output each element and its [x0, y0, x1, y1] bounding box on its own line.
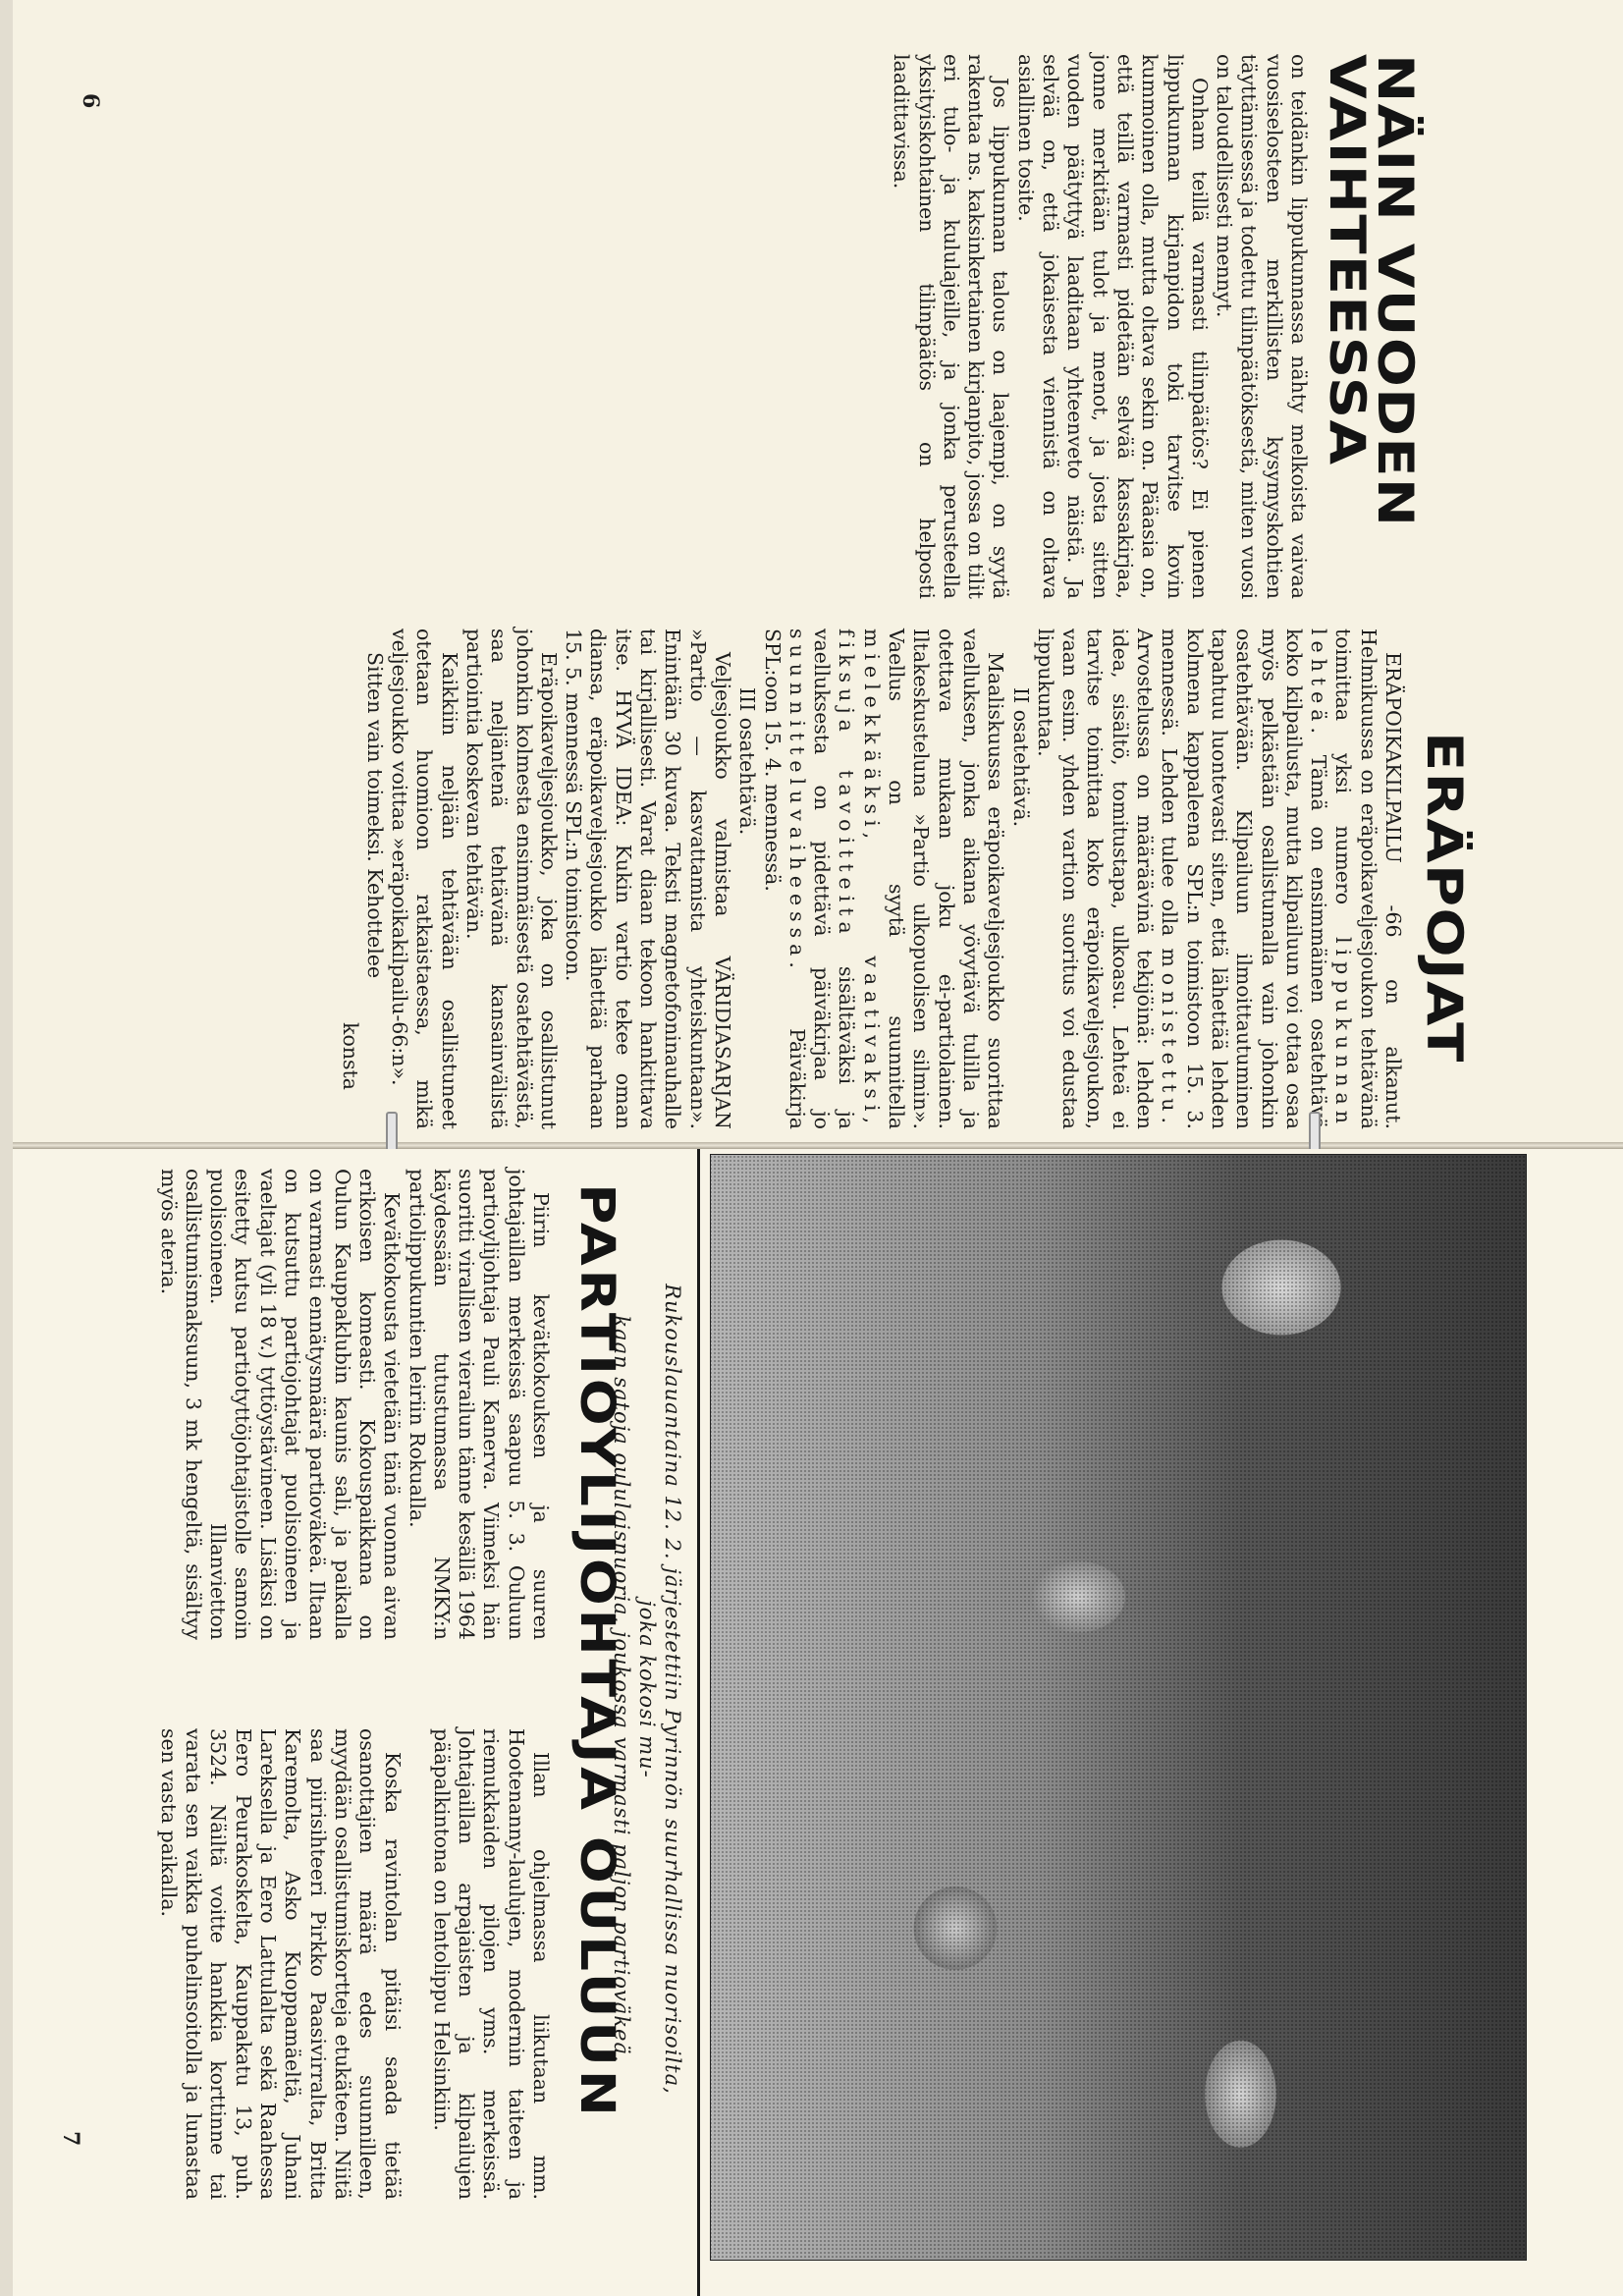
- paragraph: Onham teillä varmasti tilinpäätös? Ei pi…: [1012, 54, 1211, 599]
- subheading: III osatehtävä.: [734, 629, 759, 1129]
- spine: [13, 1142, 1623, 1149]
- magazine-spread: NÄIN VUODEN VAIHTEESSA on teidänkin lipp…: [0, 0, 1623, 2296]
- article-column-1: Piirin kevätkokouksen ja suuren johtajai…: [155, 1169, 553, 1640]
- text-spaced: suunnitteluvaiheessa.: [785, 629, 809, 974]
- page-6: NÄIN VUODEN VAIHTEESSA on teidänkin lipp…: [13, 0, 1623, 1142]
- paragraph: Veljesjoukko valmistaa VÄRIDIASARJAN »Pa…: [561, 629, 734, 1129]
- page-7: Rukouslauantaina 12. 2. järjestettiin Py…: [13, 1149, 1623, 2296]
- headline-partioylijohtaja-ouluun: PARTIOYLIJOHTAJA OULUUN: [573, 1183, 620, 2120]
- halftone-photo: [710, 1154, 1527, 2261]
- caption-line-1: Rukouslauantaina 12. 2. järjestettiin Py…: [634, 1257, 685, 2121]
- text: Maaliskuussa eräpoikaveljesjoukko suorit…: [885, 629, 1007, 1129]
- paragraph: Illan ohjelmassa liikutaan mm. Hootenann…: [429, 1728, 553, 2200]
- scan-edge: [0, 0, 13, 2296]
- article-column-2: Illan ohjelmassa liikutaan mm. Hootenann…: [156, 1728, 553, 2200]
- article-nain-vuoden-column-1: on teidänkin lippukunnassa nähty melkois…: [889, 54, 1311, 599]
- paragraph: Kevätkokousta vietetään tänä vuonna aiva…: [155, 1169, 404, 1640]
- page-number: 6: [78, 93, 103, 108]
- text: Arvostelussa on määräävinä tekijöinä: le…: [1034, 629, 1157, 1129]
- paragraph: Eräpoikaveljesjoukko, joka on osallistun…: [461, 629, 561, 1129]
- paragraph: Kaikkiin neljään tehtävään osallistuneet…: [387, 629, 461, 1129]
- paragraph: Sitten vain toimeksi. Kehottelee: [362, 629, 387, 1129]
- paragraph: ERÄPOIKAKILPAILU -66 on alkanut. Helmiku…: [1033, 629, 1405, 1129]
- article-erapojat: ERÄPOIKAKILPAILU -66 on alkanut. Helmiku…: [337, 629, 1405, 1129]
- text: Tämä on ensimmäinen osatehtävä koko kilp…: [1158, 629, 1330, 1129]
- paragraph: on teidänkin lippukunnassa nähty melkois…: [1212, 54, 1311, 599]
- headline-nain-vuoden-vaihteessa: NÄIN VUODEN VAIHTEESSA: [1323, 54, 1419, 527]
- paragraph: Koska ravintolan pitäisi saada tietää os…: [156, 1728, 405, 2200]
- paragraph: Maaliskuussa eräpoikaveljesjoukko suorit…: [759, 629, 1007, 1129]
- page-number: 7: [58, 2131, 83, 2146]
- text-spaced: monistettu.: [1158, 948, 1181, 1129]
- paragraph: Piirin kevätkokouksen ja suuren johtajai…: [404, 1169, 553, 1640]
- subheading: II osatehtävä.: [1007, 629, 1032, 1129]
- headline-line-1: NÄIN VUODEN: [1371, 54, 1419, 527]
- headline-erapojat: ERÄPOJAT: [1420, 732, 1468, 1064]
- frame-rule: [697, 1149, 700, 2296]
- signature: konsta: [337, 629, 361, 1129]
- headline-line-2: VAIHTEESSA: [1323, 54, 1371, 527]
- paragraph: Jos lippukunnan talous on laajempi, on s…: [889, 54, 1012, 599]
